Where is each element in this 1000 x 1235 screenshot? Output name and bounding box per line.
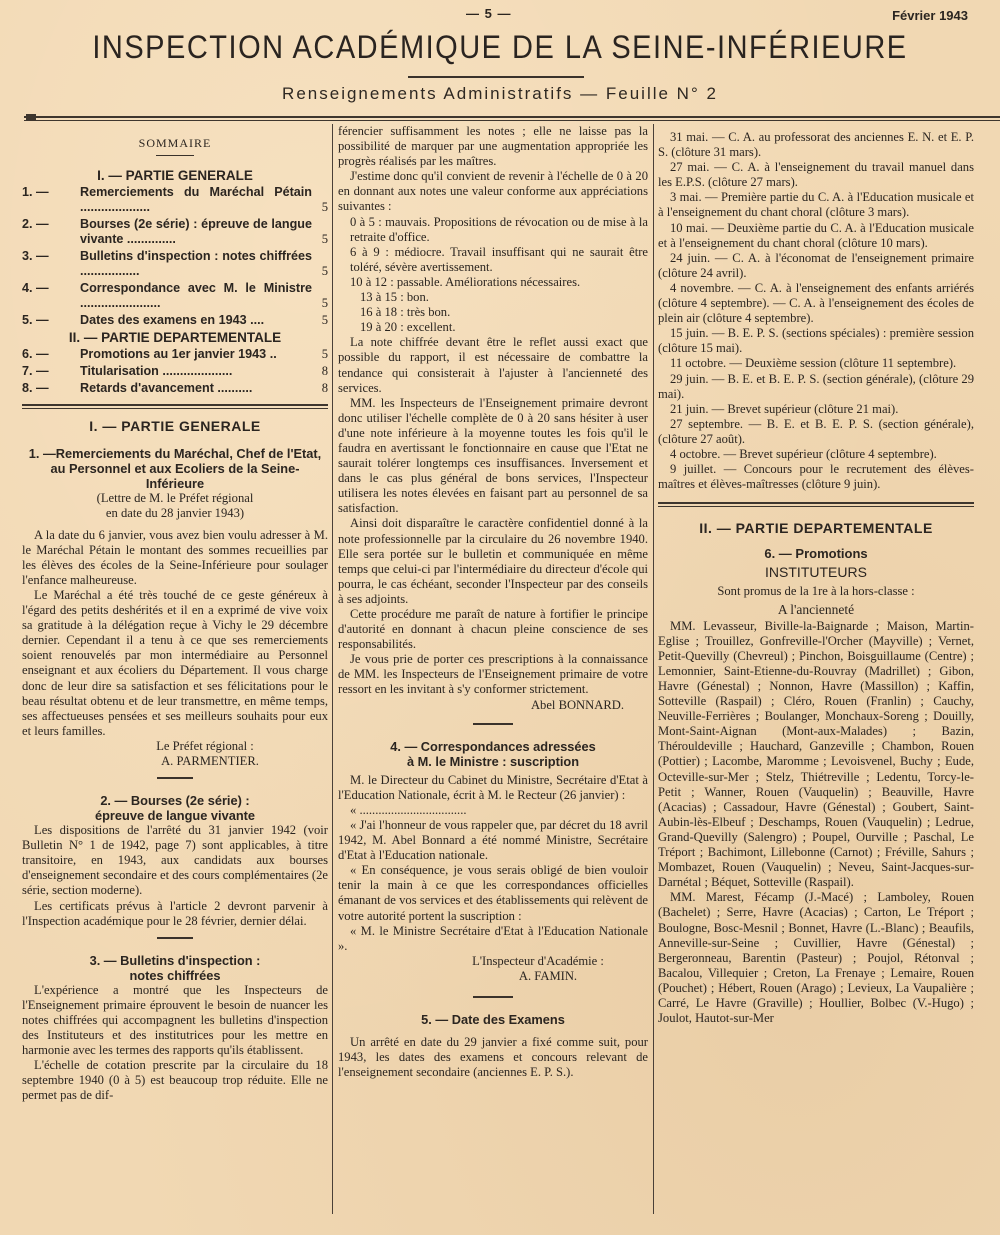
page-number: — 5 — xyxy=(466,6,511,21)
toc-leader: .............. xyxy=(127,232,176,246)
toc-part-heading: II. — PARTIE DEPARTEMENTALE xyxy=(22,330,328,345)
signature-name: A. PARMENTIER. xyxy=(22,754,328,769)
promotion-line: Sont promus de la 1re à la hors-classe : xyxy=(658,584,974,599)
exam-date-item: 27 septembre. — B. E. et B. E. P. S. (se… xyxy=(658,417,974,447)
toc-item-number: 5. — xyxy=(22,313,80,328)
exam-date-item: 15 juin. — B. E. P. S. (sections spécial… xyxy=(658,326,974,356)
toc-item[interactable]: 5. —Dates des examens en 1943 ....5 xyxy=(22,313,328,328)
ellipsis-line: « .................................. xyxy=(338,803,648,818)
signature-title: Le Préfet régional : xyxy=(22,739,328,754)
header-double-rule xyxy=(24,116,1000,121)
section-subheading: (Lettre de M. le Préfet régional xyxy=(22,491,328,506)
toc-page: 5 xyxy=(312,347,328,362)
paragraph: L'échelle de cotation prescrite par la c… xyxy=(22,1058,328,1103)
promotion-list: MM. Levasseur, Biville-la-Baignarde ; Ma… xyxy=(658,619,974,891)
grade-item: 0 à 5 : mauvais. Propositions de révocat… xyxy=(338,215,648,245)
paragraph: Un arrêté en date du 29 janvier a fixé c… xyxy=(338,1035,648,1080)
toc-part-heading: I. — PARTIE GENERALE xyxy=(22,168,328,183)
part-heading: I. — PARTIE GENERALE xyxy=(22,419,328,434)
toc-item[interactable]: 1. —Remerciements du Maréchal Pétain ...… xyxy=(22,185,328,215)
section-double-rule xyxy=(658,502,974,507)
section-heading: 3. — Bulletins d'inspection : xyxy=(22,953,328,968)
page-subtitle: Renseignements Administratifs — Feuille … xyxy=(0,84,1000,104)
toc-item-label: Remerciements du Maréchal Pétain xyxy=(80,185,312,199)
toc-item-label: Dates des examens en 1943 xyxy=(80,313,247,327)
separator xyxy=(157,937,193,939)
issue-date: Février 1943 xyxy=(892,8,968,23)
exam-date-item: 21 juin. — Brevet supérieur (clôture 21 … xyxy=(658,402,974,417)
toc-item-label: Correspondance avec M. le Ministre xyxy=(80,281,312,295)
toc-item[interactable]: 6. —Promotions au 1er janvier 1943 ..5 xyxy=(22,347,328,362)
toc-item[interactable]: 7. —Titularisation ....................8 xyxy=(22,364,328,379)
page-title: INSPECTION ACADÉMIQUE DE LA SEINE-INFÉRI… xyxy=(0,30,1000,67)
separator xyxy=(157,777,193,779)
table-of-contents: SOMMAIRE I. — PARTIE GENERALE 1. —Remerc… xyxy=(22,136,328,396)
quote-paragraph: « En conséquence, je vous serais obligé … xyxy=(338,863,648,923)
section-heading: à M. le Ministre : suscription xyxy=(338,754,648,769)
toc-item[interactable]: 8. —Retards d'avancement ..........8 xyxy=(22,381,328,396)
toc-item-number: 1. — xyxy=(22,185,80,215)
toc-leader: ................. xyxy=(80,264,139,278)
exam-date-item: 10 mai. — Deuxième partie du C. A. à l'E… xyxy=(658,221,974,251)
separator xyxy=(473,723,513,725)
section-double-rule xyxy=(22,404,328,409)
toc-item-label: Retards d'avancement xyxy=(80,381,214,395)
paragraph: A la date du 6 janvier, vous avez bien v… xyxy=(22,528,328,588)
paragraph: L'expérience a montré que les Inspecteur… xyxy=(22,983,328,1058)
toc-page: 5 xyxy=(312,264,328,279)
paragraph: férencier suffisamment les notes ; elle … xyxy=(338,124,648,169)
promotion-mode: A l'ancienneté xyxy=(658,602,974,617)
grade-item: 6 à 9 : médiocre. Travail insuffisant qu… xyxy=(338,245,648,275)
toc-page: 8 xyxy=(312,381,328,396)
toc-item[interactable]: 2. —Bourses (2e série) : épreuve de lang… xyxy=(22,217,328,247)
section-heading: notes chiffrées xyxy=(22,968,328,983)
grade-item: 13 à 15 : bon. xyxy=(338,290,648,305)
grade-item: 10 à 12 : passable. Améliorations nécess… xyxy=(338,275,648,290)
toc-page: 5 xyxy=(312,200,328,215)
section-heading: épreuve de langue vivante xyxy=(22,808,328,823)
category-heading: INSTITUTEURS xyxy=(658,565,974,580)
toc-page: 5 xyxy=(312,232,328,247)
toc-item-number: 3. — xyxy=(22,249,80,279)
signature-name: Abel BONNARD. xyxy=(338,698,648,713)
column-divider xyxy=(653,124,654,1214)
paragraph: Le Maréchal a été très touché de ce gest… xyxy=(22,588,328,739)
paragraph: Ainsi doit disparaître le caractère conf… xyxy=(338,516,648,607)
toc-item-label: Bulletins d'inspection : notes chiffrées xyxy=(80,249,312,263)
signature-name: A. FAMIN. xyxy=(338,969,648,984)
section-subheading: en date du 28 janvier 1943) xyxy=(22,506,328,521)
title-underline xyxy=(408,76,584,78)
exam-date-item: 24 juin. — C. A. à l'économat de l'ensei… xyxy=(658,251,974,281)
toc-leader: .......... xyxy=(217,381,252,395)
toc-page: 5 xyxy=(312,296,328,311)
paragraph: J'estime donc qu'il convient de revenir … xyxy=(338,169,648,214)
section-heading: 1. —Remerciements du Maréchal, Chef de l… xyxy=(22,446,328,491)
quote-paragraph: « J'ai l'honneur de vous rappeler que, p… xyxy=(338,818,648,863)
section-heading: 2. — Bourses (2e série) : xyxy=(22,793,328,808)
exam-date-item: 29 juin. — B. E. et B. E. P. S. (section… xyxy=(658,372,974,402)
exam-date-item: 27 mai. — C. A. à l'enseignement du trav… xyxy=(658,160,974,190)
paragraph: Je vous prie de porter ces prescriptions… xyxy=(338,652,648,697)
paragraph: M. le Directeur du Cabinet du Ministre, … xyxy=(338,773,648,803)
toc-item-number: 6. — xyxy=(22,347,80,362)
toc-page: 5 xyxy=(312,313,328,328)
paragraph: Les certificats prévus à l'article 2 dev… xyxy=(22,899,328,929)
section-heading: 5. — Date des Examens xyxy=(338,1012,648,1027)
column-1: SOMMAIRE I. — PARTIE GENERALE 1. —Remerc… xyxy=(22,124,328,1103)
exam-date-item: 4 novembre. — C. A. à l'enseignement des… xyxy=(658,281,974,326)
signature-title: L'Inspecteur d'Académie : xyxy=(338,954,648,969)
toc-leader: .................... xyxy=(162,364,232,378)
toc-item-number: 4. — xyxy=(22,281,80,311)
exam-date-item: 31 mai. — C. A. au professorat des ancie… xyxy=(658,130,974,160)
toc-item-label: Bourses (2e série) : épreuve de langue v… xyxy=(80,217,312,246)
part-heading: II. — PARTIE DEPARTEMENTALE xyxy=(658,521,974,536)
paragraph: Les dispositions de l'arrêté du 31 janvi… xyxy=(22,823,328,898)
quote-paragraph: « M. le Ministre Secrétaire d'Etat à l'E… xyxy=(338,924,648,954)
toc-item-number: 8. — xyxy=(22,381,80,396)
column-divider xyxy=(332,124,333,1214)
column-2: férencier suffisamment les notes ; elle … xyxy=(338,124,648,1080)
toc-underline xyxy=(156,155,194,156)
paragraph: La note chiffrée devant être le reflet a… xyxy=(338,335,648,395)
separator xyxy=(473,996,513,998)
paragraph: Cette procédure me paraît de nature à fo… xyxy=(338,607,648,652)
toc-item[interactable]: 3. —Bulletins d'inspection : notes chiff… xyxy=(22,249,328,279)
toc-leader: .. xyxy=(270,347,277,361)
exam-date-item: 11 octobre. — Deuxième session (clôture … xyxy=(658,356,974,371)
toc-title: SOMMAIRE xyxy=(22,136,328,151)
toc-item-number: 7. — xyxy=(22,364,80,379)
toc-item-label: Titularisation xyxy=(80,364,159,378)
exam-date-item: 3 mai. — Première partie du C. A. à l'Ed… xyxy=(658,190,974,220)
toc-item[interactable]: 4. —Correspondance avec M. le Ministre .… xyxy=(22,281,328,311)
promotion-list: MM. Marest, Fécamp (J.-Macé) ; Lamboley,… xyxy=(658,890,974,1026)
toc-item-label: Promotions au 1er janvier 1943 xyxy=(80,347,266,361)
exam-date-item: 9 juillet. — Concours pour le recrutemen… xyxy=(658,462,974,492)
toc-leader: .... xyxy=(250,313,264,327)
column-3: 31 mai. — C. A. au professorat des ancie… xyxy=(658,124,974,1026)
toc-leader: .................... xyxy=(80,200,150,214)
exam-date-item: 4 octobre. — Brevet supérieur (clôture 4… xyxy=(658,447,974,462)
paragraph: MM. les Inspecteurs de l'Enseignement pr… xyxy=(338,396,648,517)
section-heading: 6. — Promotions xyxy=(658,546,974,561)
section-heading: 4. — Correspondances adressées xyxy=(338,739,648,754)
grade-item: 19 à 20 : excellent. xyxy=(338,320,648,335)
toc-item-number: 2. — xyxy=(22,217,80,247)
toc-page: 8 xyxy=(312,364,328,379)
grade-item: 16 à 18 : très bon. xyxy=(338,305,648,320)
toc-leader: ....................... xyxy=(80,296,160,310)
